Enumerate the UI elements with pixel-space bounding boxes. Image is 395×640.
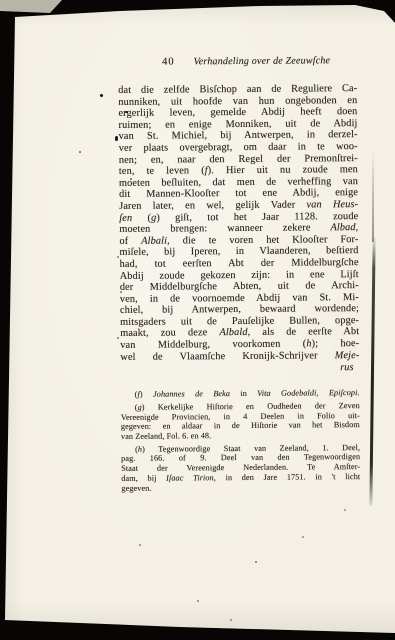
footnote-f: (f) Johannes de Beka in Vita Godebaldi, … (121, 388, 360, 400)
catchword: rus (120, 362, 359, 375)
scanned-book-page: 40 Verhandeling over de Zeeuwſche dat di… (0, 0, 395, 640)
scan-speck (117, 256, 119, 258)
gutter-shadow-faint (372, 150, 374, 242)
text-line: dam, bij Iſaac Tirion, in den Jare 1751.… (121, 472, 360, 484)
scan-speck (117, 337, 119, 339)
printed-content: 40 Verhandeling over de Zeeuwſche dat di… (118, 55, 360, 493)
text-line: (f) Johannes de Beka in Vita Godebaldi, … (121, 388, 360, 400)
scan-speck (302, 536, 304, 538)
text-line: gegeven: en aldaar in de Hiſtorie van he… (121, 420, 360, 432)
scan-speck (125, 111, 128, 113)
page-header: 40 Verhandeling over de Zeeuwſche (118, 55, 357, 68)
footnote-g: (g) Kerkelijke Hiſtorie en Oudheden der … (121, 401, 360, 442)
footnote-h: (h) Tegenwoordige Staat van Zeeland, 1. … (121, 443, 360, 493)
page-number: 40 (162, 56, 175, 67)
scan-speck (130, 178, 132, 180)
body-text: dat die zelfde Bisſchop aan de Reguliere… (118, 83, 359, 363)
scan-speck (120, 291, 122, 293)
scan-speck (79, 151, 81, 153)
scan-speck (197, 600, 199, 602)
footnotes: (f) Johannes de Beka in Vita Godebaldi, … (121, 388, 361, 493)
scan-speck (139, 544, 141, 546)
running-title: Verhandeling over de Zeeuwſche (194, 55, 331, 67)
text-line: van Zeeland, Fol. 6. en 48. (121, 430, 360, 442)
scan-speck (255, 561, 257, 563)
scan-speck (344, 509, 346, 511)
scan-corner-artifact (0, 0, 64, 13)
text-line: wel de Vlaamſche Kronijk-Schrijver Meje- (120, 350, 359, 363)
scan-speck (230, 619, 232, 621)
text-line: gegeven. (121, 482, 360, 494)
scan-speck (115, 136, 118, 141)
